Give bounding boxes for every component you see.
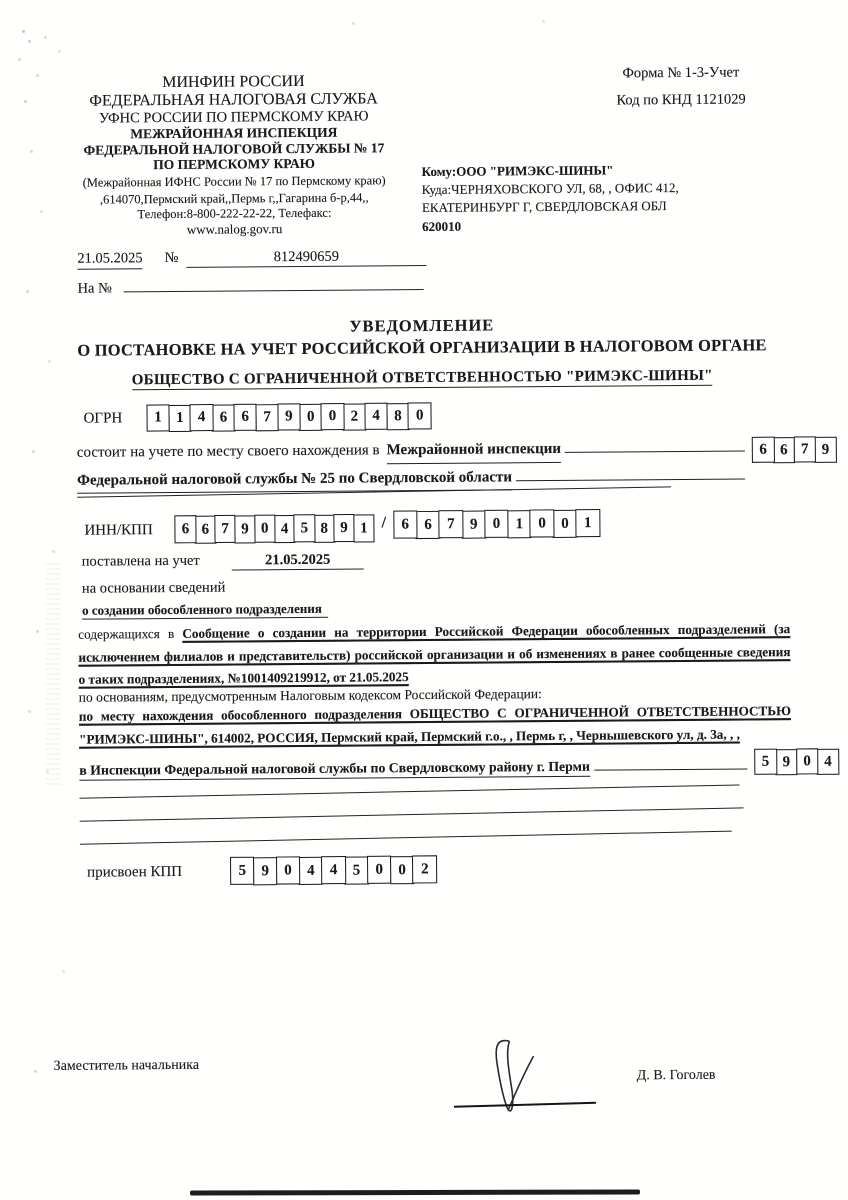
scanned-document-page: МИНФИН РОССИИ ФЕДЕРАЛЬНАЯ НАЛОГОВАЯ СЛУЖ… (0, 0, 848, 1200)
addressee-street: Куда:ЧЕРНЯХОВСКОГО УЛ, 68, , ОФИС 412, (422, 179, 680, 199)
ogrn-label: ОГРН (84, 410, 123, 427)
basis-reason: о создании обособленного подразделения (82, 601, 328, 620)
registration-block: состоит на учете по месту своего нахожде… (77, 436, 745, 493)
reply-to-label: На № (77, 280, 112, 297)
registered-date: 21.05.2025 (232, 551, 364, 570)
inspection-code-boxes: 5904 (754, 749, 839, 776)
authority-code-boxes: 6679 (752, 437, 837, 464)
reference-block: 21.05.2025 № 812490659 На № (77, 248, 477, 298)
sender-line: ФЕДЕРАЛЬНОЙ НАЛОГОВОЙ СЛУЖБЫ № 17 (51, 140, 416, 158)
addressee-name: Кому:ООО "РИМЭКС-ШИНЫ" (422, 161, 680, 181)
sender-address: ,614070,Пермский край,,Пермь г,,Гагарина… (52, 190, 417, 208)
reply-to-blank (124, 274, 424, 292)
registration-intro: состоит на учете по месту своего нахожде… (77, 439, 380, 464)
rule-line (565, 437, 745, 453)
signer-name: Д. В. Гоголев (637, 1068, 716, 1085)
kpp-digit-boxes: 667901001 (393, 510, 600, 540)
assigned-kpp-row: присвоен КПП 590445002 (87, 856, 437, 887)
sender-letterhead: МИНФИН РОССИИ ФЕДЕРАЛЬНАЯ НАЛОГОВАЯ СЛУЖ… (51, 72, 417, 238)
rule-line (516, 464, 745, 480)
organization-name: ОБЩЕСТВО С ОГРАНИЧЕННОЙ ОТВЕТСТВЕННОСТЬЮ… (132, 368, 713, 391)
message-paragraph: содержащихся в Сообщение о создании на т… (78, 618, 791, 692)
location-paragraph: по месту нахождения обособленного подраз… (79, 700, 791, 751)
slash-separator: / (381, 514, 386, 532)
form-number: Форма № 1-3-Учет (551, 59, 811, 88)
signature-mark (461, 1035, 562, 1126)
signer-position: Заместитель начальника (54, 1058, 199, 1075)
basis-label: на основании сведений (82, 580, 226, 598)
document-date: 21.05.2025 (77, 250, 142, 270)
blank-rule-line (80, 807, 744, 821)
knd-code: Код по КНД 1121029 (551, 86, 811, 115)
blank-rule-line (80, 831, 732, 845)
registered-row: поставлена на учет 21.05.2025 (82, 551, 364, 571)
sender-line: УФНС РОССИИ ПО ПЕРМСКОМУ КРАЮ (51, 108, 416, 127)
ogrn-digit-boxes: 1146679002480 (146, 403, 431, 432)
contained-label: содержащихся в (78, 626, 174, 642)
location-text: по месту нахождения обособленного подраз… (79, 703, 791, 746)
document-subtitle: О ПОСТАНОВКЕ НА УЧЕТ РОССИЙСКОЙ ОРГАНИЗА… (0, 335, 846, 362)
inn-kpp-row: ИНН/КПП 6679045891 / 667901001 (84, 513, 600, 545)
registered-label: поставлена на учет (82, 553, 200, 571)
rule-line (594, 754, 747, 771)
inn-kpp-label: ИНН/КПП (84, 522, 152, 540)
addressee-city: ЕКАТЕРИНБУРГ Г, СВЕРДЛОВСКАЯ ОБЛ (422, 197, 680, 217)
inspection-row: в Инспекции Федеральной налоговой службы… (79, 754, 747, 781)
blank-rule-line (80, 784, 740, 798)
inspection-name: в Инспекции Федеральной налоговой службы… (79, 759, 590, 781)
form-info: Форма № 1-3-Учет Код по КНД 1121029 (551, 59, 811, 115)
title-block: УВЕДОМЛЕНИЕ О ПОСТАНОВКЕ НА УЧЕТ РОССИЙС… (0, 313, 846, 391)
addressee-postcode: 620010 (422, 216, 680, 236)
number-sign: № (164, 250, 178, 267)
sender-website: www.nalog.gov.ru (52, 220, 417, 238)
authority-name-1: Межрайонной инспекции (386, 438, 561, 464)
message-text: Сообщение о создании на территории Росси… (78, 621, 790, 687)
addressee-block: Кому:ООО "РИМЭКС-ШИНЫ" Куда:ЧЕРНЯХОВСКОГ… (422, 161, 681, 236)
assigned-kpp-label: присвоен КПП (87, 863, 182, 881)
inn-digit-boxes: 6679045891 (175, 514, 375, 544)
document-content: МИНФИН РОССИИ ФЕДЕРАЛЬНАЯ НАЛОГОВАЯ СЛУЖ… (0, 0, 848, 1200)
scan-edge-artifact (190, 1190, 640, 1196)
sender-line: (Межрайонная ИФНС России № 17 по Пермско… (52, 173, 417, 191)
assigned-kpp-boxes: 590445002 (230, 856, 437, 886)
ogrn-row: ОГРН 1146679002480 (83, 403, 431, 433)
sender-line: ПО ПЕРМСКОМУ КРАЮ (52, 155, 417, 173)
document-number: 812490659 (186, 248, 426, 268)
